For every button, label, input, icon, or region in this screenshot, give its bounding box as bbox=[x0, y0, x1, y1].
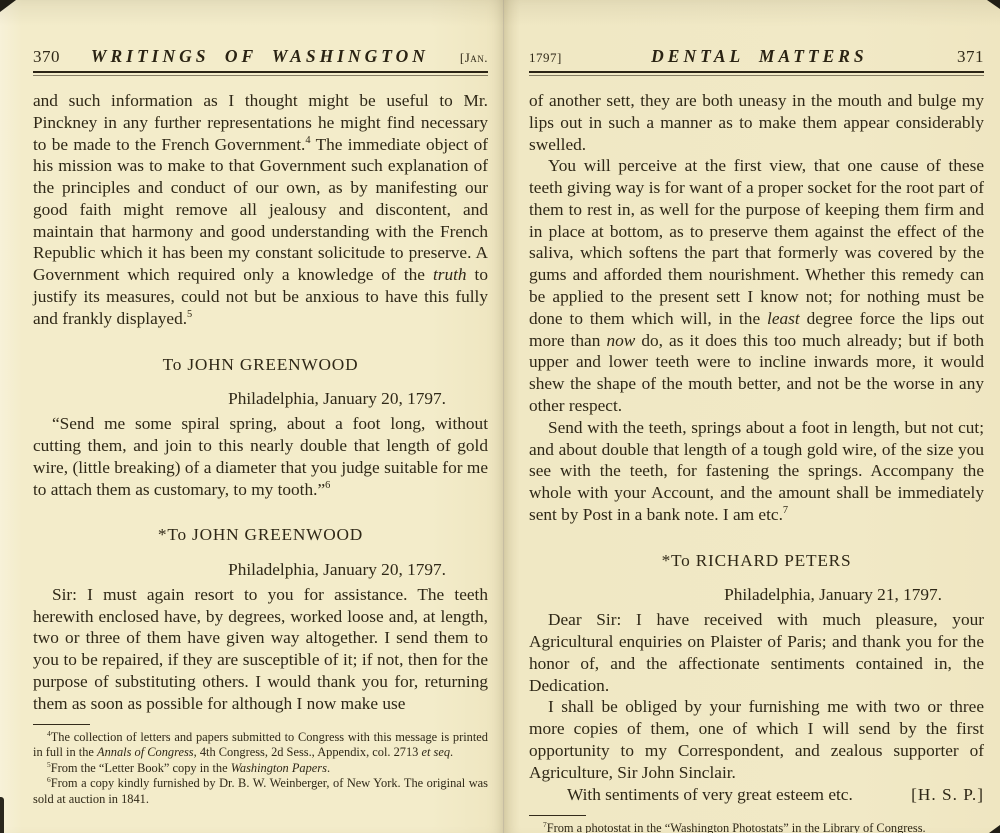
attribution: [H. S. P.] bbox=[911, 784, 984, 806]
header-rule bbox=[33, 71, 488, 73]
page-header-left: 370 WRITINGS OF WASHINGTON [Jan. bbox=[33, 46, 488, 67]
text-run: The immediate object of his mission was … bbox=[33, 135, 488, 285]
italic-text: truth bbox=[433, 265, 467, 284]
italic-text: et seq bbox=[421, 745, 450, 759]
footnote: 6From a copy kindly furnished by Dr. B. … bbox=[33, 776, 488, 807]
header-rule bbox=[529, 71, 984, 73]
running-title: DENTAL MATTERS bbox=[562, 46, 957, 67]
signoff-text: With sentiments of very great esteem etc… bbox=[529, 784, 853, 806]
text-run: of another sett, they are both uneasy in… bbox=[529, 91, 984, 154]
footnote-ref: 6 bbox=[325, 480, 330, 491]
text-run: . bbox=[327, 761, 330, 775]
month-label: [Jan. bbox=[460, 50, 488, 66]
text-run: I shall be obliged by your furnishing me… bbox=[529, 697, 984, 781]
page-body-right: of another sett, they are both uneasy in… bbox=[529, 90, 984, 833]
paragraph: “Send me some spiral spring, about a foo… bbox=[33, 413, 488, 500]
page-right: 1797] DENTAL MATTERS 371 of another sett… bbox=[503, 0, 1000, 833]
scan-corner-artifact bbox=[0, 797, 4, 833]
footnote-ref: 7 bbox=[783, 505, 788, 516]
text-run: You will perceive at the first view, tha… bbox=[529, 156, 984, 327]
paragraph: Send with the teeth, springs about a foo… bbox=[529, 417, 984, 526]
paragraph: and such information as I thought might … bbox=[33, 90, 488, 330]
footnote: 5From the “Letter Book” copy in the Wash… bbox=[33, 761, 488, 777]
scan-corner-artifact bbox=[989, 825, 1000, 833]
paragraph: of another sett, they are both uneasy in… bbox=[529, 90, 984, 155]
text-run: From a copy kindly furnished by Dr. B. W… bbox=[33, 776, 488, 806]
italic-text: Washington Papers bbox=[231, 761, 327, 775]
paragraph: Dear Sir: I have received with much plea… bbox=[529, 609, 984, 696]
dateline: Philadelphia, January 20, 1797. bbox=[33, 388, 488, 410]
book-scan: 370 WRITINGS OF WASHINGTON [Jan. and suc… bbox=[0, 0, 1000, 833]
footnote: 4The collection of letters and papers su… bbox=[33, 730, 488, 761]
text-run: , 4th Congress, 2d Sess., Appendix, col.… bbox=[194, 745, 422, 759]
italic-text: least bbox=[767, 309, 800, 328]
footnote-rule bbox=[33, 724, 90, 725]
text-run: From the “Letter Book” copy in the bbox=[51, 761, 231, 775]
text-run: “Send me some spiral spring, about a foo… bbox=[33, 414, 488, 498]
text-run: . bbox=[450, 745, 453, 759]
footnote-ref: 5 bbox=[187, 309, 192, 320]
text-run: Dear Sir: I have received with much plea… bbox=[529, 610, 984, 694]
dateline: Philadelphia, January 20, 1797. bbox=[33, 559, 488, 581]
paragraph: You will perceive at the first view, tha… bbox=[529, 155, 984, 416]
paragraph: I shall be obliged by your furnishing me… bbox=[529, 696, 984, 783]
italic-text: now bbox=[606, 331, 635, 350]
page-left: 370 WRITINGS OF WASHINGTON [Jan. and suc… bbox=[0, 0, 503, 833]
italic-text: Annals of Congress bbox=[97, 745, 194, 759]
letter-heading: *To RICHARD PETERS bbox=[529, 550, 984, 572]
page-body-left: and such information as I thought might … bbox=[33, 90, 488, 808]
paragraph: Sir: I must again resort to you for assi… bbox=[33, 584, 488, 715]
footnote-rule bbox=[529, 815, 586, 816]
scan-corner-artifact bbox=[987, 0, 1000, 9]
scan-corner-artifact bbox=[0, 0, 16, 12]
letter-heading: *To JOHN GREENWOOD bbox=[33, 524, 488, 546]
dateline: Philadelphia, January 21, 1797. bbox=[529, 584, 984, 606]
letter-heading: To JOHN GREENWOOD bbox=[33, 354, 488, 376]
page-header-right: 1797] DENTAL MATTERS 371 bbox=[529, 46, 984, 67]
page-number: 370 bbox=[33, 47, 60, 67]
text-run: Sir: I must again resort to you for assi… bbox=[33, 585, 488, 713]
text-run: From a photostat in the “Washington Phot… bbox=[547, 821, 926, 833]
running-title: WRITINGS OF WASHINGTON bbox=[60, 46, 460, 67]
footnote: 7From a photostat in the “Washington Pho… bbox=[529, 821, 984, 833]
signoff-line: With sentiments of very great esteem etc… bbox=[529, 784, 984, 806]
year-label: 1797] bbox=[529, 50, 562, 66]
text-run: Send with the teeth, springs about a foo… bbox=[529, 418, 984, 524]
page-number: 371 bbox=[957, 47, 984, 67]
